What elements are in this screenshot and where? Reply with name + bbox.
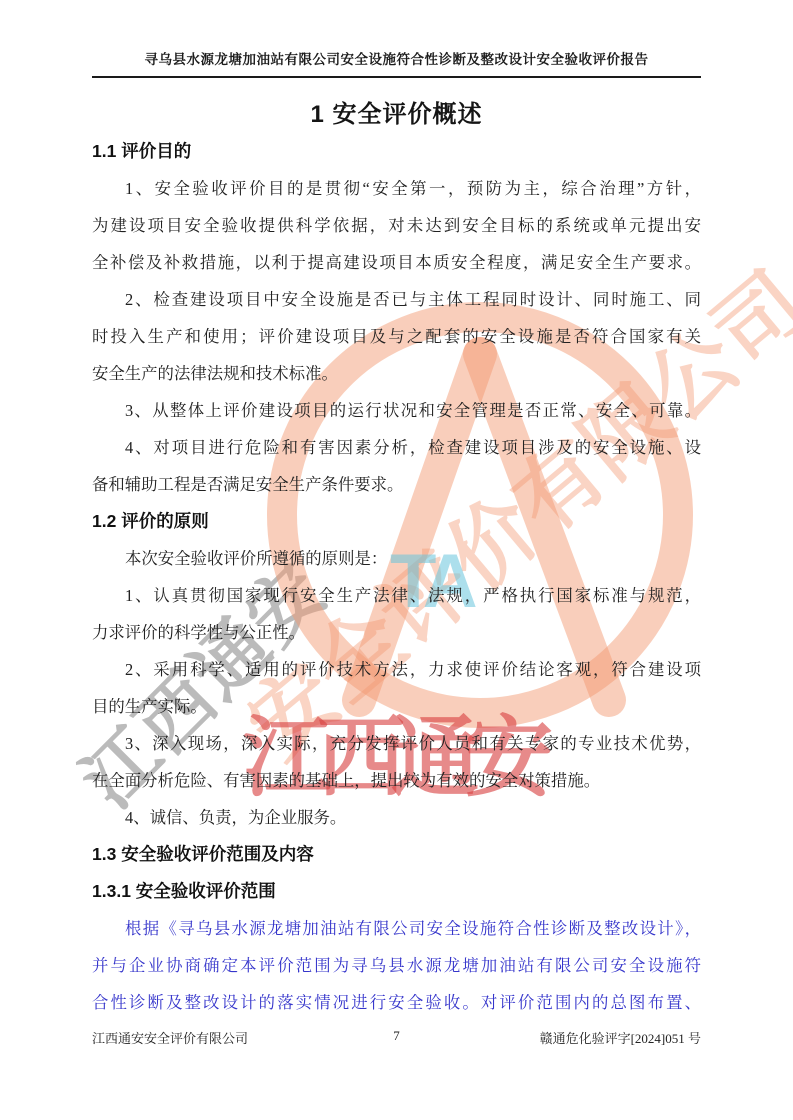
text-line: 4、诚信、负责，为企业服务。 [92, 799, 701, 836]
text-line: 在全面分析危险、有害因素的基础上，提出较为有效的安全对策措施。 [92, 762, 701, 799]
text-line: 合性诊断及整改设计的落实情况进行安全验收。对评价范围内的总图布置、 [92, 984, 701, 1021]
section-heading: 1.3 安全验收评价范围及内容 [92, 836, 701, 873]
text-line: 时投入生产和使用；评价建设项目及与之配套的安全设施是否符合国家有关 [92, 318, 701, 355]
text-line: 安全生产的法律法规和技术标准。 [92, 355, 701, 392]
text-line: 3、从整体上评价建设项目的运行状况和安全管理是否正常、安全、可靠。 [92, 392, 701, 429]
text-line: 2、采用科学、适用的评价技术方法，力求使评价结论客观，符合建设项 [92, 651, 701, 688]
text-line: 1、认真贯彻国家现行安全生产法律、法规，严格执行国家标准与规范， [92, 577, 701, 614]
text-line: 全补偿及补救措施，以利于提高建设项目本质安全程度，满足安全生产要求。 [92, 244, 701, 281]
text-line: 并与企业协商确定本评价范围为寻乌县水源龙塘加油站有限公司安全设施符 [92, 947, 701, 984]
text-line: 2、检查建设项目中安全设施是否已与主体工程同时设计、同时施工、同 [92, 281, 701, 318]
footer-doc-number: 赣通危化验评字[2024]051 号 [540, 1028, 701, 1047]
content-rows: 1.1 评价目的1、安全验收评价目的是贯彻“安全第一，预防为主，综合治理”方针，… [92, 133, 701, 1021]
page-header-title: 寻乌县水源龙塘加油站有限公司安全设施符合性诊断及整改设计安全验收评价报告 [92, 48, 701, 68]
document-content: 寻乌县水源龙塘加油站有限公司安全设施符合性诊断及整改设计安全验收评价报告 1 安… [0, 0, 793, 1120]
section-heading: 1.1 评价目的 [92, 133, 701, 170]
chapter-title: 1 安全评价概述 [92, 94, 701, 129]
section-heading: 1.2 评价的原则 [92, 503, 701, 540]
section-heading: 1.3.1 安全验收评价范围 [92, 873, 701, 910]
text-line: 本次安全验收评价所遵循的原则是： [92, 540, 701, 577]
text-line: 4、对项目进行危险和有害因素分析，检查建设项目涉及的安全设施、设 [92, 429, 701, 466]
text-line: 目的生产实际。 [92, 688, 701, 725]
text-line: 为建设项目安全验收提供科学依据，对未达到安全目标的系统或单元提出安 [92, 207, 701, 244]
text-line: 根据《寻乌县水源龙塘加油站有限公司安全设施符合性诊断及整改设计》， [92, 910, 701, 947]
text-line: 备和辅助工程是否满足安全生产条件要求。 [92, 466, 701, 503]
page-footer: 江西通安安全评价有限公司 7 赣通危化验评字[2024]051 号 [92, 1028, 701, 1048]
text-line: 1、安全验收评价目的是贯彻“安全第一，预防为主，综合治理”方针， [92, 170, 701, 207]
document-page: 安全评价有限公司 江西通安 TA 江西通安 寻乌县水源龙塘加油站有限公司安全设施… [0, 0, 793, 1120]
text-line: 3、深入现场，深入实际，充分发挥评价人员和有关专家的专业技术优势， [92, 725, 701, 762]
text-line: 力求评价的科学性与公正性。 [92, 614, 701, 651]
header-rule [92, 76, 701, 78]
